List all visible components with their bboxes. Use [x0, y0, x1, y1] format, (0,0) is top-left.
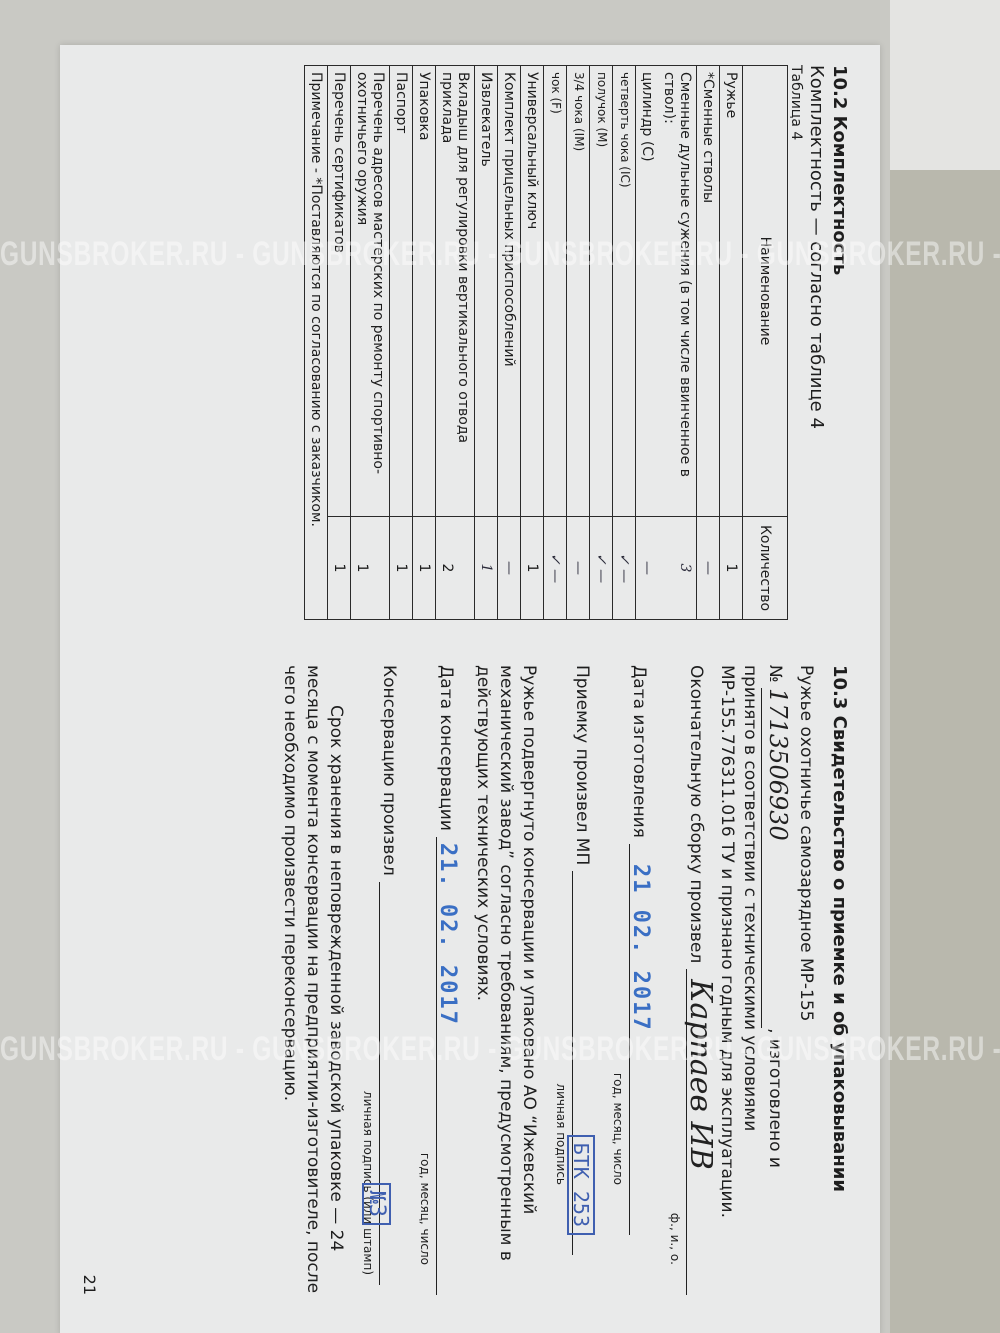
item-qty: 1	[413, 517, 436, 620]
item-qty: 1	[351, 517, 390, 620]
item-qty: 3	[658, 517, 697, 620]
section-title: 10.2 Комплектность	[829, 65, 850, 625]
final-assembly-line: Карпаев ИВ	[686, 969, 711, 1295]
table-note-row: Примечание - *Поставляются по согласован…	[305, 66, 328, 620]
manufacture-date-field: Дата изготовления 21 02. 2017	[629, 665, 654, 1295]
conservation-paragraph: Ружье подвергнуто консервации и упакован…	[471, 665, 540, 1295]
table-row: цилиндр (C)—	[636, 66, 659, 620]
item-name: *Сменные стволы	[697, 66, 720, 517]
background-surface	[890, 170, 1000, 1333]
conservation-by-line: №3	[379, 882, 404, 1285]
item-name: Сменные дульные сужения (в том числе вви…	[658, 66, 697, 517]
table-row: *Сменные стволы—	[697, 66, 720, 620]
section-title: 10.3 Свидетельство о приемке и об упаков…	[829, 665, 850, 1295]
final-assembly-caption: ф., и., о.	[668, 665, 682, 1265]
item-qty: —	[498, 517, 521, 620]
serial-number-handwritten: 1713506930	[761, 688, 794, 1028]
section-subtitle: Комплектность — согласно таблице 4	[806, 65, 827, 625]
acceptance-paragraph: Ружье охотничье самозарядное МР-155 № 17…	[715, 665, 817, 1295]
conservation-stamp: №3	[362, 1183, 391, 1226]
header-name: Наименование	[743, 66, 788, 517]
manufacture-date-value: 21 02. 2017	[628, 864, 653, 1032]
conservation-date-field: Дата консервации 21. 02. 2017	[436, 665, 461, 1295]
item-qty: —	[567, 517, 590, 620]
item-qty: 1	[390, 517, 413, 620]
section-10-2: 10.2 Комплектность Комплектность — согла…	[304, 65, 850, 625]
acceptance-text: принято в соответствии с техническими ус…	[717, 665, 760, 1218]
header-qty: Количество	[743, 517, 788, 620]
table-row: Сменные дульные сужения (в том числе вви…	[658, 66, 697, 620]
item-name: цилиндр (C)	[636, 66, 659, 517]
table-row: Комплект прицельных приспособлений—	[498, 66, 521, 620]
item-qty: ✓ —	[613, 517, 636, 620]
table-row: чок (F)✓ —	[544, 66, 567, 620]
final-assembly-label: Окончательную сборку произвел	[686, 665, 706, 963]
item-qty: 1	[475, 517, 498, 620]
conservation-by-label: Консервацию произвел	[379, 665, 399, 876]
otk-stamp: БТК 253	[567, 1135, 595, 1235]
item-name: Универсальный ключ	[521, 66, 544, 517]
rifle-description: Ружье охотничье самозарядное МР-155	[796, 665, 816, 1021]
item-qty: ✓ —	[590, 517, 613, 620]
table-row: Вкладыш для регулировки вертикального от…	[436, 66, 475, 620]
table-row: Универсальный ключ1	[521, 66, 544, 620]
watermark-top: GUNSBROKER.RU - GUNSBROKER.RU - GUNSBROK…	[0, 235, 720, 274]
item-name: Паспорт	[390, 66, 413, 517]
table-note: Примечание - *Поставляются по согласован…	[305, 66, 328, 620]
item-name: Ружье	[720, 66, 743, 517]
item-qty: 1	[328, 517, 351, 620]
item-name: Упаковка	[413, 66, 436, 517]
final-assembly-field: Окончательную сборку произвел Карпаев ИВ	[686, 665, 711, 1295]
item-name: Перечень сертификатов	[328, 66, 351, 517]
manufacture-date-label: Дата изготовления	[629, 665, 649, 838]
table-row: Перечень адресов мастерских по ремонту с…	[351, 66, 390, 620]
storage-paragraph: Срок хранения в неповрежденной заводской…	[278, 665, 347, 1295]
table-row: Паспорт1	[390, 66, 413, 620]
section-10-3: 10.3 Свидетельство о приемке и об упаков…	[268, 665, 850, 1295]
acceptance-label: Приемку произвел МП	[572, 665, 592, 865]
table-row: получок (M)✓ —	[590, 66, 613, 620]
item-name: получок (M)	[590, 66, 613, 517]
table-row: четверть чока (IC)✓ —	[613, 66, 636, 620]
background-wall	[890, 0, 1000, 170]
page-number: 21	[80, 1275, 99, 1295]
item-qty: 2	[436, 517, 475, 620]
acceptance-caption: личная подпись	[554, 665, 568, 1185]
item-name: чок (F)	[544, 66, 567, 517]
item-qty: 1	[720, 517, 743, 620]
table-caption: Таблица 4	[788, 65, 804, 625]
contents-table: Наименование Количество Ружье1 *Сменные …	[304, 65, 788, 620]
manufacture-date-caption: год, месяц, число	[611, 665, 625, 1185]
number-label: №	[765, 665, 785, 683]
assembler-signature: Карпаев ИВ	[683, 979, 718, 1169]
table-row: 3/4 чока (IM)—	[567, 66, 590, 620]
item-name: Вкладыш для регулировки вертикального от…	[436, 66, 475, 517]
watermark-bottom: GUNSBROKER.RU - GUNSBROKER.RU - GUNSBROK…	[0, 1030, 720, 1069]
table-row: Перечень сертификатов1	[328, 66, 351, 620]
table-row: Упаковка1	[413, 66, 436, 620]
item-qty: 1	[521, 517, 544, 620]
item-qty: —	[697, 517, 720, 620]
item-name: Комплект прицельных приспособлений	[498, 66, 521, 517]
item-name: Перечень адресов мастерских по ремонту с…	[351, 66, 390, 517]
conservation-date-value: 21. 02. 2017	[435, 843, 460, 1026]
table-row: Извлекатель1	[475, 66, 498, 620]
conservation-by-field: Консервацию произвел №3	[379, 665, 404, 1295]
item-qty: ✓ —	[544, 517, 567, 620]
item-name: четверть чока (IC)	[613, 66, 636, 517]
table-row: Ружье1	[720, 66, 743, 620]
acceptance-field: Приемку произвел МП БТК 253	[572, 665, 597, 1295]
item-qty: —	[636, 517, 659, 620]
item-name: 3/4 чока (IM)	[567, 66, 590, 517]
conservation-date-label: Дата консервации	[436, 665, 456, 831]
conservation-date-caption: год, месяц, число	[418, 665, 432, 1265]
item-name: Извлекатель	[475, 66, 498, 517]
